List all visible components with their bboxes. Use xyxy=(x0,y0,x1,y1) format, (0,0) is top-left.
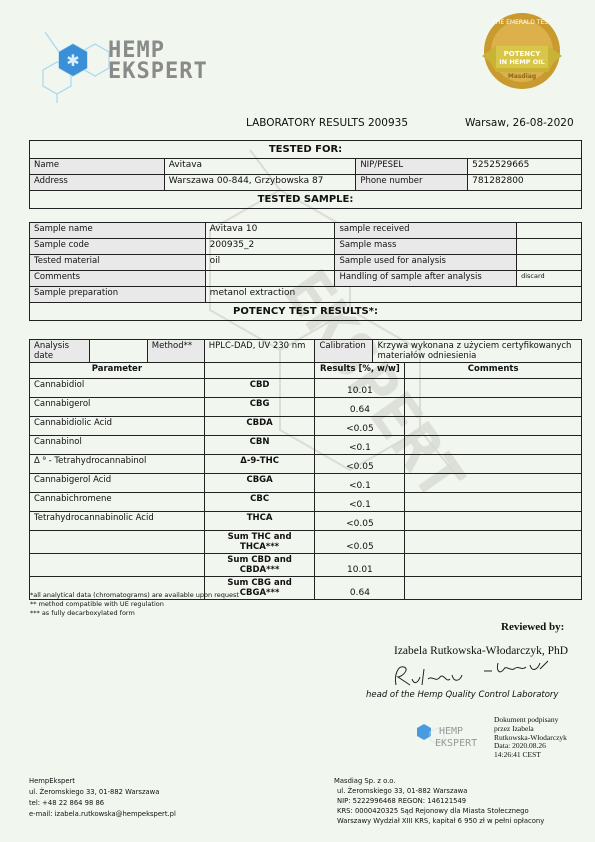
parameter-code: CBG xyxy=(204,398,315,417)
parameter-name: Cannabidiolic Acid xyxy=(30,417,205,436)
svg-text:HEMP: HEMP xyxy=(439,726,463,737)
sample-field-value xyxy=(517,223,582,239)
digital-signature-line: 14:26:41 CEST xyxy=(494,751,567,760)
parameter-name xyxy=(30,554,205,577)
parameter-name: Cannabigerol xyxy=(30,398,205,417)
result-value: 10.01 xyxy=(315,379,405,398)
col-comments: Comments xyxy=(405,363,582,379)
analysis-date-label: Analysis date xyxy=(30,340,90,363)
tested-sample-heading: TESTED SAMPLE: xyxy=(30,191,582,209)
handwritten-signature-icon xyxy=(388,657,558,689)
sample-field-value: oil xyxy=(205,255,335,271)
col-parameter: Parameter xyxy=(30,363,205,379)
result-comment xyxy=(405,577,582,600)
footer-email[interactable]: e-mail: izabela.rutkowska@hempekspert.pl xyxy=(29,809,176,820)
phone-value: 781282800 xyxy=(468,175,582,191)
parameter-code: CBD xyxy=(204,379,315,398)
table-row: CannabichromeneCBC<0.1 xyxy=(30,493,582,512)
digital-signature-block: Dokument podpisany przez Izabela Rutkows… xyxy=(494,716,567,760)
emerald-test-badge-icon: THE EMERALD TEST POTENCY IN HEMP OIL Mas… xyxy=(478,6,566,96)
parameter-name: Cannabinol xyxy=(30,436,205,455)
footer-address: ul. Żeromskiego 33, 01-882 Warszawa xyxy=(334,786,544,796)
analysis-date-value xyxy=(89,340,147,363)
parameter-code: CBGA xyxy=(204,474,315,493)
parameter-code: CBDA xyxy=(204,417,315,436)
table-row: Sum CBD and CBDA***10.01 xyxy=(30,554,582,577)
address-value: Warszawa 00-844, Grzybowska 87 xyxy=(164,175,356,191)
method-value: HPLC-DAD, UV 230 nm xyxy=(204,340,315,363)
table-row: CannabigerolCBG0.64 xyxy=(30,398,582,417)
parameter-code: THCA xyxy=(204,512,315,531)
footer-company: HempEkspert xyxy=(29,776,176,787)
svg-text:IN HEMP OIL: IN HEMP OIL xyxy=(499,58,545,66)
sample-field-value: discard xyxy=(517,271,582,287)
svg-text:✱: ✱ xyxy=(66,51,79,70)
footnote: *** as fully decarboxylated form xyxy=(30,609,239,618)
result-value: <0.05 xyxy=(315,512,405,531)
result-value: <0.1 xyxy=(315,474,405,493)
calibration-value: Krzywa wykonana z użyciem certyfikowanyc… xyxy=(373,340,582,363)
table-row: Tetrahydrocannabinolic AcidTHCA<0.05 xyxy=(30,512,582,531)
footnote: ** method compatible with UE regulation xyxy=(30,600,239,609)
potency-table: Analysis date Method** HPLC-DAD, UV 230 … xyxy=(29,339,582,600)
result-comment xyxy=(405,512,582,531)
table-row: Δ ⁹ - TetrahydrocannabinolΔ-9-THC<0.05 xyxy=(30,455,582,474)
sample-field-label: Sample mass xyxy=(335,239,517,255)
result-value: <0.05 xyxy=(315,531,405,554)
sample-field-label: Sample used for analysis xyxy=(335,255,517,271)
col-results: Results [%, w/w] xyxy=(315,363,405,379)
parameter-code: CBN xyxy=(204,436,315,455)
tested-sample-table: Sample nameAvitava 10sample receivedSamp… xyxy=(29,222,582,321)
table-row: Sum THC and THCA***<0.05 xyxy=(30,531,582,554)
result-comment xyxy=(405,531,582,554)
report-date: Warsaw, 26-08-2020 xyxy=(465,117,574,129)
sample-row: Sample code200935_2Sample mass xyxy=(30,239,582,255)
result-comment xyxy=(405,398,582,417)
sample-preparation-value: metanol extraction xyxy=(205,287,581,303)
svg-text:Masdiag: Masdiag xyxy=(508,73,536,80)
sample-field-label: Comments xyxy=(30,271,206,287)
svg-text:EKSPERT: EKSPERT xyxy=(435,738,477,749)
sample-field-label: Sample name xyxy=(30,223,206,239)
result-value: <0.1 xyxy=(315,436,405,455)
sample-field-label: Tested material xyxy=(30,255,206,271)
sample-field-label: sample received xyxy=(335,223,517,239)
result-comment xyxy=(405,455,582,474)
logo-text-ekspert: EKSPERT xyxy=(108,61,208,82)
logo-text-hemp: HEMP xyxy=(108,40,208,61)
sample-field-value xyxy=(517,239,582,255)
footer-hempekspert: HempEkspert ul. Żeromskiego 33, 01-882 W… xyxy=(29,776,176,820)
footer-masdiag: Masdiag Sp. z o.o. ul. Żeromskiego 33, 0… xyxy=(334,776,544,826)
result-comment xyxy=(405,417,582,436)
result-value: <0.1 xyxy=(315,493,405,512)
report-title: LABORATORY RESULTS 200935 xyxy=(246,117,408,129)
table-row: CannabinolCBN<0.1 xyxy=(30,436,582,455)
sample-row: Tested materialoilSample used for analys… xyxy=(30,255,582,271)
parameter-name: Tetrahydrocannabinolic Acid xyxy=(30,512,205,531)
reviewed-by-label: Reviewed by: xyxy=(501,621,564,633)
sample-field-value xyxy=(205,271,335,287)
table-row: Cannabidiolic AcidCBDA<0.05 xyxy=(30,417,582,436)
nip-label: NIP/PESEL xyxy=(356,159,468,175)
result-comment xyxy=(405,379,582,398)
reviewer-name: Izabela Rutkowska-Włodarczyk, PhD xyxy=(394,645,568,657)
svg-text:THE EMERALD TEST: THE EMERALD TEST xyxy=(491,19,552,26)
result-value: <0.05 xyxy=(315,417,405,436)
footer-address: ul. Żeromskiego 33, 01-882 Warszawa xyxy=(29,787,176,798)
footer-company: Masdiag Sp. z o.o. xyxy=(334,776,544,786)
tested-for-heading: TESTED FOR: xyxy=(30,141,582,159)
parameter-code: CBC xyxy=(204,493,315,512)
result-value: 0.64 xyxy=(315,398,405,417)
footer-krs: KRS: 0000420325 Sąd Rejonowy dla Miasta … xyxy=(334,806,544,816)
sample-row: CommentsHandling of sample after analysi… xyxy=(30,271,582,287)
sample-field-value: 200935_2 xyxy=(205,239,335,255)
svg-text:POTENCY: POTENCY xyxy=(504,50,542,58)
parameter-name: Cannabichromene xyxy=(30,493,205,512)
hemp-ekspert-small-logo: HEMP EKSPERT xyxy=(415,718,490,754)
sample-field-label: Sample code xyxy=(30,239,206,255)
potency-heading: POTENCY TEST RESULTS*: xyxy=(30,303,582,321)
footer-krs-cont: Warszawy Wydział XIII KRS, kapitał 6 950… xyxy=(334,816,544,826)
sample-field-value xyxy=(517,255,582,271)
hemp-ekspert-logo: ✱ HEMP EKSPERT xyxy=(35,28,215,103)
result-value: 10.01 xyxy=(315,554,405,577)
table-row: CannabidiolCBD10.01 xyxy=(30,379,582,398)
result-value: 0.64 xyxy=(315,577,405,600)
parameter-name xyxy=(30,531,205,554)
address-label: Address xyxy=(30,175,165,191)
table-row: Cannabigerol AcidCBGA<0.1 xyxy=(30,474,582,493)
parameter-name: Cannabidiol xyxy=(30,379,205,398)
parameter-code: Δ-9-THC xyxy=(204,455,315,474)
footnote: *all analytical data (chromatograms) are… xyxy=(30,591,239,600)
parameter-name: Cannabigerol Acid xyxy=(30,474,205,493)
parameter-code: Sum THC and THCA*** xyxy=(204,531,315,554)
reviewer-role: head of the Hemp Quality Control Laborat… xyxy=(366,690,558,700)
sample-preparation-label: Sample preparation xyxy=(30,287,206,303)
name-label: Name xyxy=(30,159,165,175)
parameter-code: Sum CBD and CBDA*** xyxy=(204,554,315,577)
method-label: Method** xyxy=(147,340,204,363)
result-comment xyxy=(405,554,582,577)
result-comment xyxy=(405,436,582,455)
result-comment xyxy=(405,474,582,493)
sample-row: Sample nameAvitava 10sample received xyxy=(30,223,582,239)
sample-field-value: Avitava 10 xyxy=(205,223,335,239)
tested-for-table: TESTED FOR: Name Avitava NIP/PESEL 52525… xyxy=(29,140,582,209)
result-value: <0.05 xyxy=(315,455,405,474)
footer-phone: tel: +48 22 864 98 86 xyxy=(29,798,176,809)
calibration-label: Calibration xyxy=(315,340,373,363)
name-value: Avitava xyxy=(164,159,356,175)
footer-nip-regon: NIP: 5222996468 REGON: 146121549 xyxy=(334,796,544,806)
parameter-name: Δ ⁹ - Tetrahydrocannabinol xyxy=(30,455,205,474)
result-comment xyxy=(405,493,582,512)
footnotes: *all analytical data (chromatograms) are… xyxy=(30,591,239,618)
phone-label: Phone number xyxy=(356,175,468,191)
sample-field-label: Handling of sample after analysis xyxy=(335,271,517,287)
nip-value: 5252529665 xyxy=(468,159,582,175)
